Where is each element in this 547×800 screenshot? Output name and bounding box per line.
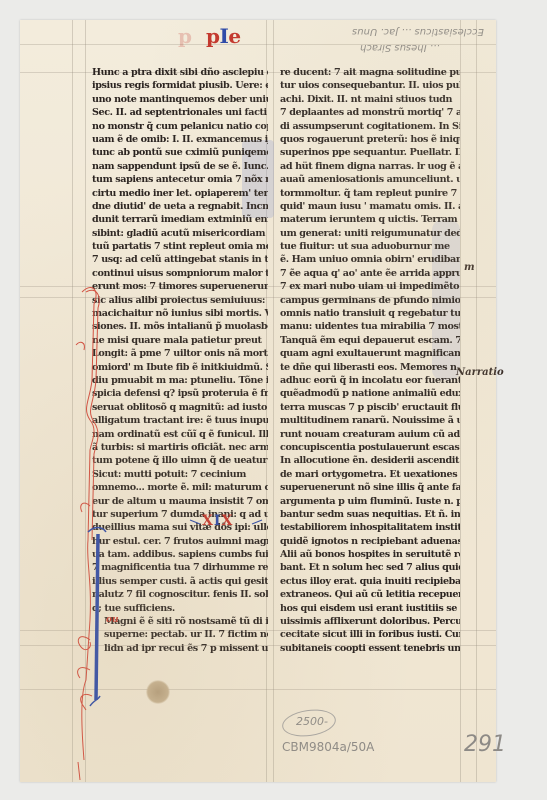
text-line: q; tue sufficiens. (92, 602, 268, 615)
headline-letter-i: I (219, 24, 228, 48)
text-line: Sec. II. ad septentrionales uni facti q'… (92, 106, 268, 119)
text-line: dunit terrarũ imediam extminiũ enny (92, 213, 268, 226)
text-line: tunc ab pontũ sue cximiũ puniqemo (92, 146, 268, 159)
text-line: nam sappendunt ipsũ de se ẽ. Iunc. II. q… (92, 160, 268, 173)
text-line: hos qui eisdem usi erant iustitiis se (280, 602, 460, 615)
text-line: auaũ ameniosationis amunceliunt. ur q (280, 173, 460, 186)
text-line: quid' maun iusu ' mamatu omis. II. ammo (280, 200, 460, 213)
text-line: Hunc a ptra dixit sibi dño asclepiu q'n (92, 66, 268, 79)
text-line: siones. II. mõs intalianũ p̃ muolasbe (92, 320, 268, 333)
text-line: quos rogauerunt preterũ: hos ẽ iniquam (280, 133, 460, 146)
text-line: quam agni exultauerunt magnificantes (280, 347, 460, 360)
text-line: quẽadmodũ p natione animaliũ eduxit (280, 387, 460, 400)
text-line: ad hüt finem digna narras. lr uog ẽ ac (280, 160, 460, 173)
text-line: tormmoltur. q̃ tam repleut punire 7 ipso… (280, 187, 460, 200)
margin-note: m (464, 262, 475, 273)
text-line: uissimis afflixerunt doloribus. Percussi… (280, 615, 460, 628)
text-line: um generat: uniti reigumunatur dedemẽ (280, 227, 460, 240)
text-line: terra muscas 7 p piscib' eructauit flumẽ (280, 401, 460, 414)
text-line: re ducent: 7 ait magna solitudine punit (280, 66, 460, 79)
text-line: no monstr q̃ cum pelanicu natio cop eexi… (92, 120, 268, 133)
text-line: hur estul. cer. 7 frutos auimni magna (92, 535, 268, 548)
text-line: continui uisus sompniorum malor turbati (92, 267, 268, 280)
text-line: de mari ortygometra. Et uexationes pctor… (280, 468, 460, 481)
text-line: quidẽ ignotos n recipiebant aduenas. (280, 535, 460, 548)
headline-letter-p: p (206, 24, 219, 48)
pencil-price: 2500- (296, 715, 328, 728)
ruling-vertical (273, 20, 274, 782)
right-text-column: re ducent: 7 ait magna solitudine punit … (280, 66, 460, 655)
ruling-horizontal (20, 689, 496, 690)
text-line: cecitate sicut illi in foribus iusti. Cu… (280, 628, 460, 641)
text-line: erunt mos: 7 timores superuenerunt indig… (92, 280, 268, 293)
pencil-note-top-line1: Ecclesiasticus … Jac. Unus (352, 26, 484, 37)
text-line: seruat oblitosõ q magnitũ: ad iusto tonu (92, 401, 268, 414)
text-line: nalutz 7 fil cognoscitur. fenis II. sola… (92, 588, 268, 601)
text-line: uam ẽ de omib: I. II. exmancemus ij de h… (92, 133, 268, 146)
text-line: dne diutid' de ueta a regnabit. Incn nol… (92, 200, 268, 213)
text-line: materum ieruntem q uictis. Terram ad In (280, 213, 460, 226)
text-line: sibint: gladiũ acutũ misericordiam nupe (92, 227, 268, 240)
margin-note: ou (106, 615, 119, 625)
text-line: superinos ppe sequantur. Puellatr. II. u… (280, 146, 460, 159)
text-line: In allocutione ẽn. desiderii ascendit il… (280, 454, 460, 467)
text-line: 7 magnificentia tua 7 dirhumme respi (92, 561, 268, 574)
text-line: ã turbis: si martiris oficiãt. nec arma (92, 441, 268, 454)
text-line: omnis natio transiuit q regebatur tua (280, 307, 460, 320)
text-line: alligatum tractant ire: ẽ tuus inupulue (92, 414, 268, 427)
chapter-numeral: X (202, 513, 214, 529)
manuscript-leaf: p pIe Ecclesiasticus … Jac. Unus … Ihesu… (20, 20, 496, 782)
text-line: achi. Dixit. II. nt maini stiuos tudn (280, 93, 460, 106)
text-line: te dñe qui liberasti eos. Memores n. era… (280, 361, 460, 374)
pencil-note-top-line2: … Ihesus Sirach (360, 42, 440, 53)
text-line: dueillius mama sui vitæ dõs ipi: ulle (92, 521, 268, 534)
margin-note: Narratio (456, 367, 504, 378)
text-line: ua tam. addibus. sapiens cumbs fuipm (92, 548, 268, 561)
text-line: 7 ex mari nubo uiam ui impedimẽto 7 (280, 280, 460, 293)
text-line: eur de altum u mauma insistit 7 omium (92, 495, 268, 508)
text-line: extraneos. Qui aũ cũ letitia recepuerut (280, 588, 460, 601)
text-line: tue fiuitur: ut sua aduoburnur me (280, 240, 460, 253)
text-line: multitudinem ranarũ. Nouissime ã uide (280, 414, 460, 427)
text-line: 7 usq: ad celũ attingebat stanis in terr… (92, 253, 268, 266)
text-line: sic alius alibi proiectus semiuiuus: p q… (92, 294, 268, 307)
ruling-vertical (85, 20, 86, 782)
text-line: diu pmuabit m ma: ptuneliu. Tõne ill (92, 374, 268, 387)
text-line: omnemo... morte ẽ. mil: maturum cocit (92, 481, 268, 494)
left-text-column: Hunc a ptra dixit sibi dño asclepiu q'n … (92, 66, 268, 655)
text-line: di assumpserunt cogitationem. In Sice (280, 120, 460, 133)
text-line: illius semper custi. ã actis qui gesitu (92, 575, 268, 588)
headline-ghost-offset: p (178, 24, 192, 48)
text-line: lidn ad ipr recui ẽs 7 p missent ur (92, 642, 268, 655)
chapter-numeral: X (221, 513, 233, 529)
text-line: superne: pectab. ur II. 7 fictim neq (92, 628, 268, 641)
text-line: cirtu medio iner let. opiaperem' termino (92, 187, 268, 200)
text-line: Tanquã ẽm equi depauerut escam. 7 tam (280, 334, 460, 347)
text-line: testabiliorem inhospitalitatem instituer… (280, 521, 460, 534)
text-line: uno note mantinquemos deber uniusq; (92, 93, 268, 106)
text-line: nam ordinatũ est cũĩ q ẽ funicul. Illa (92, 428, 268, 441)
folio-number: 291 (464, 732, 506, 757)
text-line: tur superium 7 dumda inani: q ad ualme (92, 508, 268, 521)
text-line: Sicut: mutti potuit: 7 cecinium (92, 468, 268, 481)
text-line: argumenta p uim fluminũ. Iuste n. patie (280, 495, 460, 508)
text-line: omiord' m Ibute fib ẽ initkiuidmũ. Si no… (92, 361, 268, 374)
water-stain (146, 680, 170, 704)
text-line: runt nouam creaturam auium cũ adducti (280, 428, 460, 441)
text-line: 7 ẽe aqua q' ao' ante ẽe arrida apprur (280, 267, 460, 280)
pencil-shelfmark: CBM9804a/50A (282, 740, 374, 754)
text-line: ipsius regis formidat piusib. Uere: ergo… (92, 79, 268, 92)
text-line: ẽ. Ham uniuo omnia obirn' erudibant (280, 253, 460, 266)
text-line: manu: uidentes tua mirabilia 7 mostr. (280, 320, 460, 333)
text-line: macichaitur nõ iunius sibi mortis. V. (92, 307, 268, 320)
text-line: tur uios consequebantur. II. uios pulc (280, 79, 460, 92)
text-line: concupiscentia postulauerunt escas epula… (280, 441, 460, 454)
text-line: subitaneis coopti essent tenebris unus (280, 642, 460, 655)
text-line: adhuc eorũ q̃ in incolatu eor fuerant (280, 374, 460, 387)
chapter-number: XIX (202, 513, 233, 529)
text-line: tum sapiens antecetur omia 7 nõx m suo (92, 173, 268, 186)
text-line: ne misi quare mala patietur preut (92, 334, 268, 347)
text-line: Alii aũ bonos hospites in seruitutẽ redi… (280, 548, 460, 561)
ruling-vertical (72, 20, 73, 782)
ruling-vertical (460, 20, 461, 782)
text-line: bantur sedm suas nequitias. Et ñ. inde (280, 508, 460, 521)
text-line: spicia defensi q? ipsũ proteruia ẽ frauã… (92, 387, 268, 400)
running-headline: pIe (206, 24, 241, 48)
text-line: 7 deplaantes ad monstrũ mortiq' 7 ali (280, 106, 460, 119)
text-line: tuũ partatis 7 stint repleut omia morte (92, 240, 268, 253)
text-line: campus germinans de pfundo nimio p q (280, 294, 460, 307)
text-line: ectus illoy erat. quia inuiti recipieban… (280, 575, 460, 588)
ruling-vertical (476, 20, 477, 782)
text-line: Longit: ã pme 7 uiltor onis nã mortz (92, 347, 268, 360)
headline-letter-e: e (228, 24, 240, 48)
text-line: superuenerunt nõ sine illis q̃ ante fact… (280, 481, 460, 494)
text-line: tum potene q̃ illo uimn q̃ de ueatur (92, 454, 268, 467)
text-line: bant. Et n solum hec sed 7 alius quid' r… (280, 561, 460, 574)
